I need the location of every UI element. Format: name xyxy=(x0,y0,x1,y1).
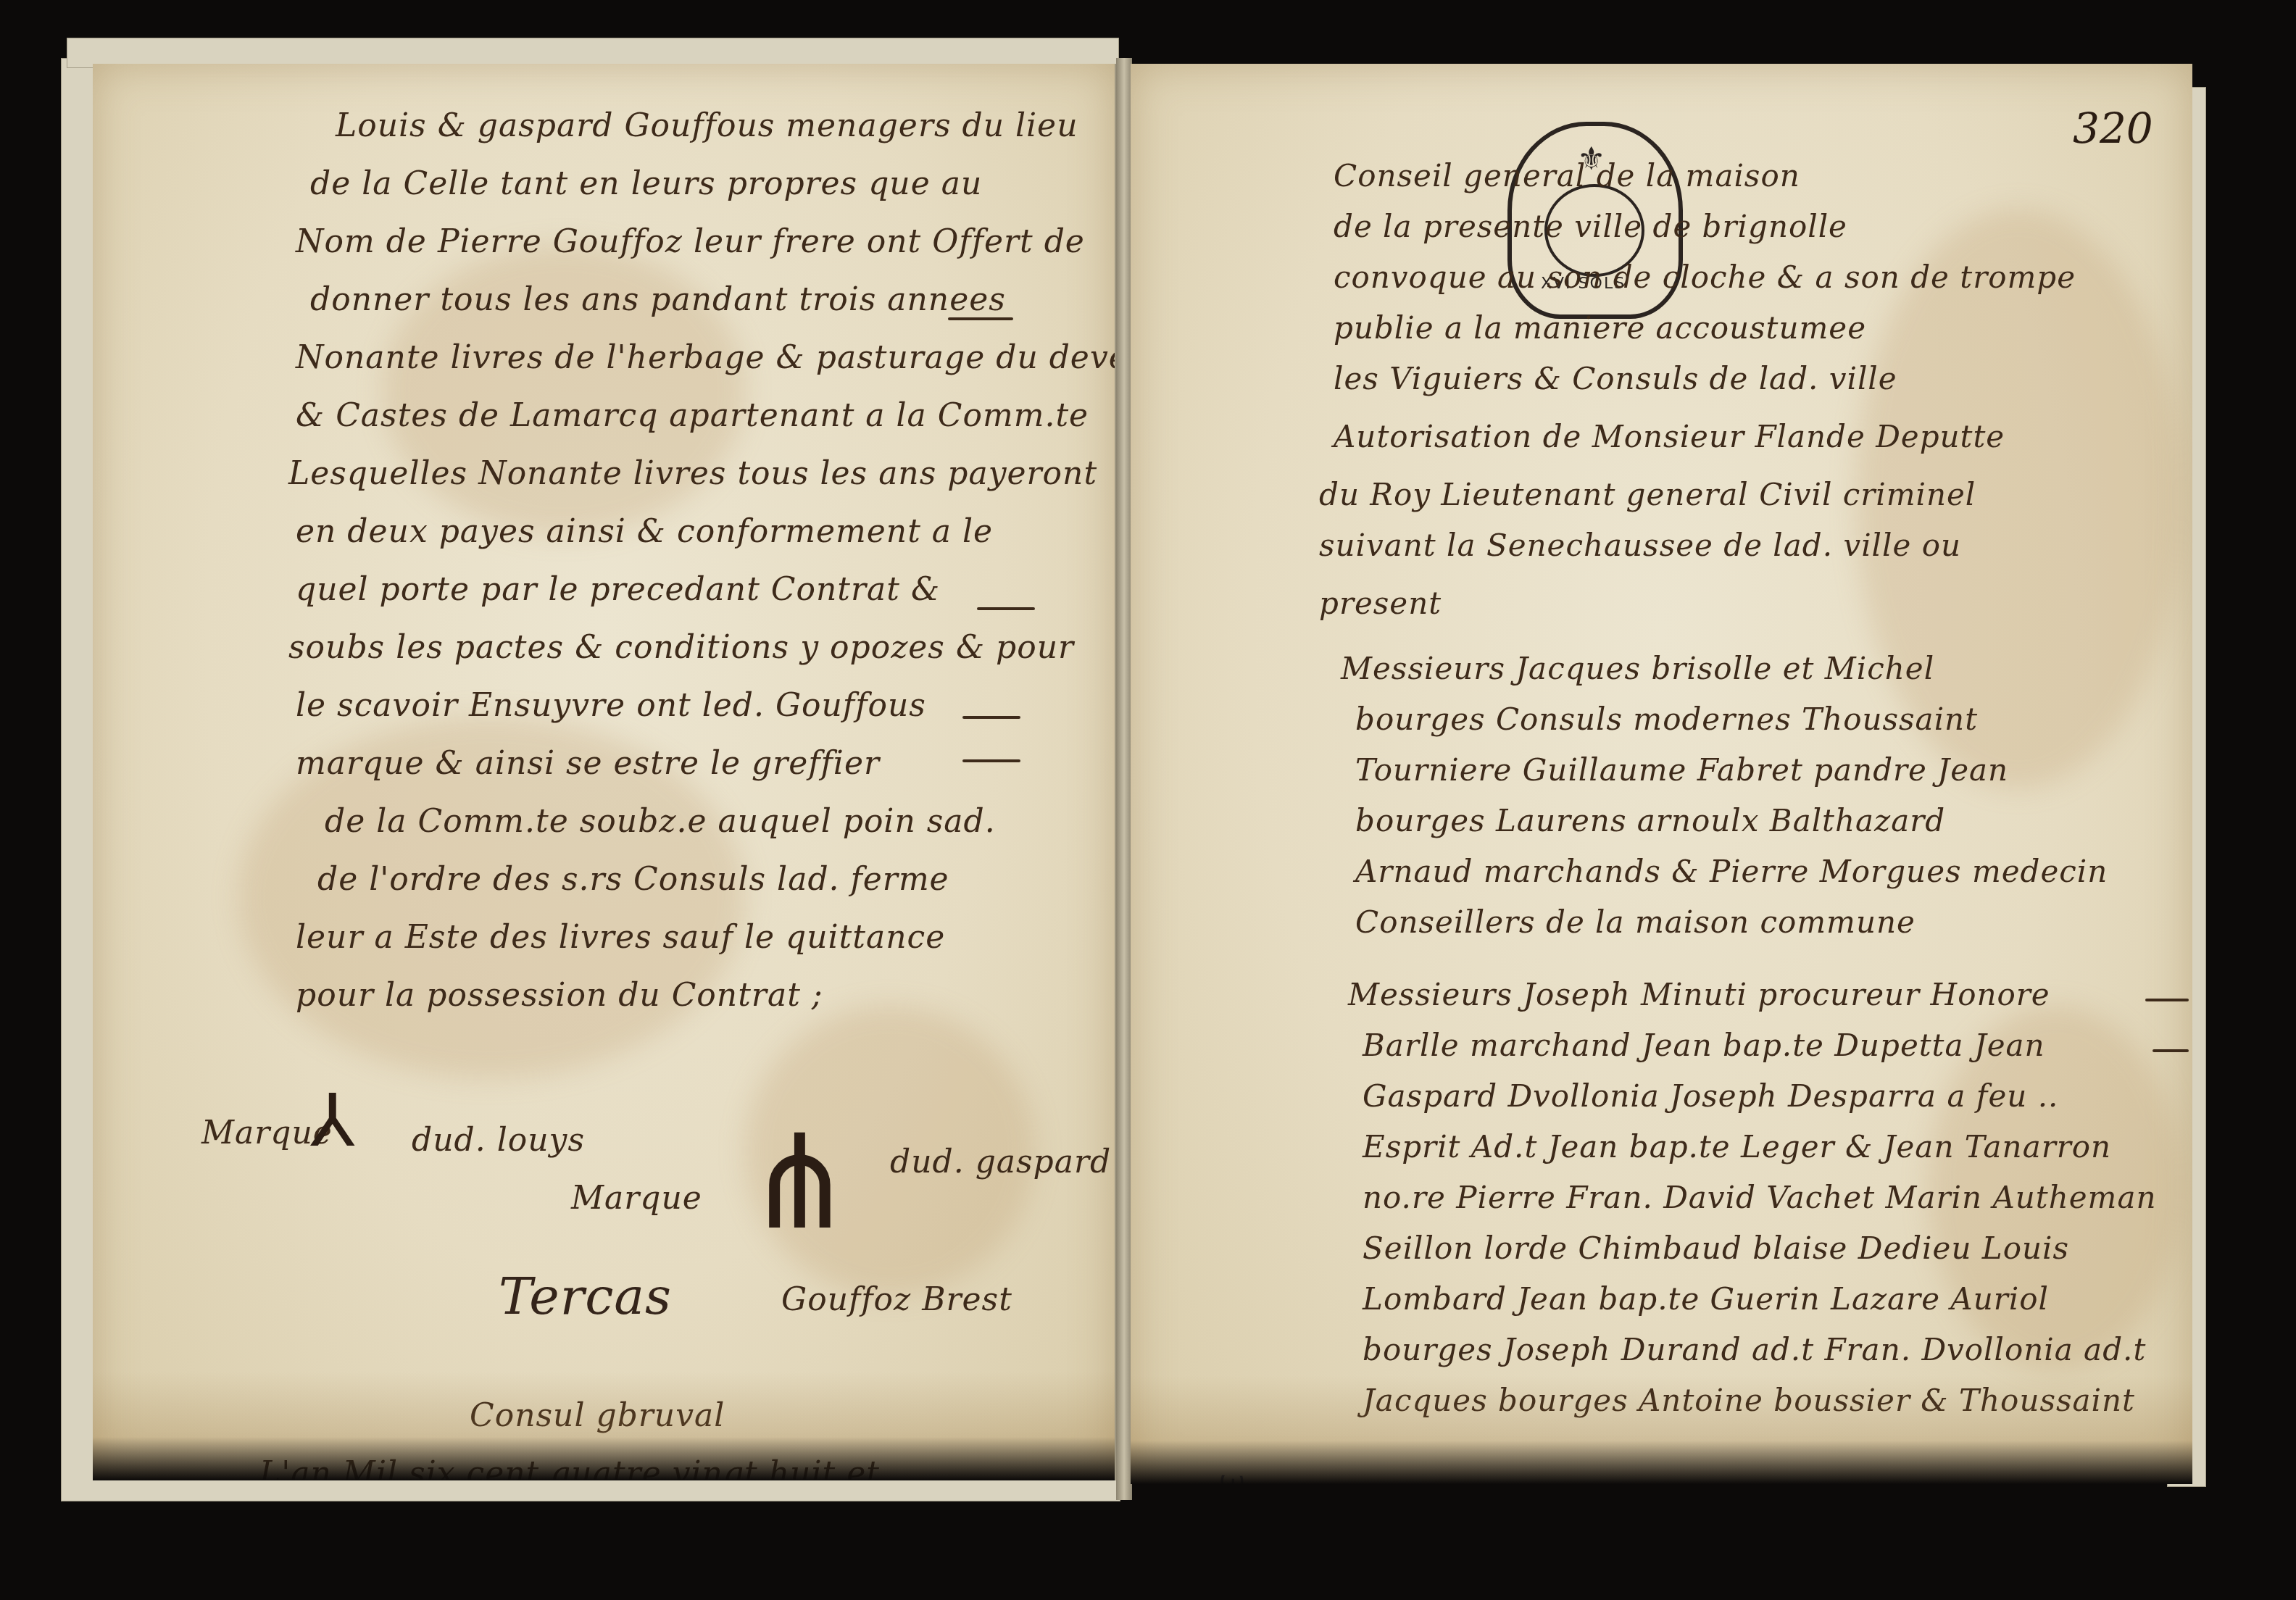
attendee-line: Lombard Jean bap.te Guerin Lazare Auriol xyxy=(1363,1281,2049,1317)
signature-gouffoz: Gouffoz Brest xyxy=(781,1281,1012,1318)
left-line-11: le scavoir Ensuyvre ont led. Gouffous xyxy=(296,687,926,724)
left-page: Louis & gaspard Gouffous menagers du lie… xyxy=(93,64,1116,1480)
right-line-4: publie a la maniere accoustumee xyxy=(1334,310,1866,346)
attendee-line: Gaspard Dvollonia Joseph Desparra a feu … xyxy=(1363,1078,2058,1114)
mark-symbol-icon: ⋔ xyxy=(745,1107,854,1259)
attendee-line: Messieurs Joseph Minuti procureur Honore xyxy=(1348,977,2050,1012)
right-line-6: Autorisation de Monsieur Flande Deputte xyxy=(1334,419,2005,454)
line-filler-dash xyxy=(948,317,1013,320)
attendee-line: Messieurs Jacques brisolle et Michel xyxy=(1341,651,1934,686)
left-line-13: de la Comm.te soubz.e auquel poin sad. xyxy=(325,803,996,840)
mark-2-name: dud. gaspard xyxy=(890,1143,1111,1180)
right-line-3: convoque au son de cloche & a son de tro… xyxy=(1334,259,2076,295)
attendee-line: Seillon lorde Chimbaud blaise Dedieu Lou… xyxy=(1363,1230,2069,1266)
mark-2-label: Marque xyxy=(571,1180,702,1217)
attendee-line: Barlle marchand Jean bap.te Dupetta Jean xyxy=(1363,1028,2045,1063)
left-line-9: quel porte par le precedant Contrat & xyxy=(296,571,940,608)
torn-bottom-edge xyxy=(93,1372,1115,1480)
right-page: 320 ⚜ XVI SOLS Conseil general de la mai… xyxy=(1131,64,2192,1484)
attendee-line: Conseillers de la maison commune xyxy=(1355,904,1916,940)
torn-bottom-edge xyxy=(1131,1375,2192,1484)
left-line-3: Nom de Pierre Gouffoz leur frere ont Off… xyxy=(296,223,1085,260)
left-line-8: en deux payes ainsi & conformement a le xyxy=(296,513,993,550)
left-line-16: pour la possession du Contrat ; xyxy=(296,977,823,1014)
left-line-14: de l'ordre des s.rs Consuls lad. ferme xyxy=(317,861,949,898)
right-line-5: les Viguiers & Consuls de lad. ville xyxy=(1334,361,1897,396)
signature-tercas: Tercas xyxy=(499,1267,672,1326)
line-filler-dash xyxy=(2145,999,2189,1001)
line-filler-dash xyxy=(977,607,1035,610)
left-line-5: Nonante livres de l'herbage & pasturage … xyxy=(296,339,1116,376)
mark-symbol-icon: ⅄ xyxy=(310,1078,354,1163)
attendee-line: no.re Pierre Fran. David Vachet Marin Au… xyxy=(1363,1180,2156,1215)
attendee-line: Esprit Ad.t Jean bap.te Leger & Jean Tan… xyxy=(1363,1129,2111,1164)
line-filler-dash xyxy=(962,716,1020,719)
right-line-9: present xyxy=(1319,586,1442,621)
left-line-12: marque & ainsi se estre le greffier xyxy=(296,745,880,782)
book-spine xyxy=(1116,58,1132,1500)
left-line-15: leur a Este des livres sauf le quittance xyxy=(296,919,945,956)
attendee-line: bourges Consuls modernes Thoussaint xyxy=(1355,701,1978,737)
attendee-line: bourges Joseph Durand ad.t Fran. Dvollon… xyxy=(1363,1332,2146,1367)
mark-1-name: dud. louys xyxy=(412,1122,585,1159)
left-line-7: Lesquelles Nonante livres tous les ans p… xyxy=(288,455,1097,492)
line-filler-dash xyxy=(2152,1049,2189,1052)
right-line-1: Conseil general de la maison xyxy=(1334,158,1800,193)
right-line-2: de la presente ville de brignolle xyxy=(1334,209,1847,244)
left-line-4: donner tous les ans pandant trois annees xyxy=(310,281,1006,318)
left-line-6: & Castes de Lamarcq apartenant a la Comm… xyxy=(296,397,1089,434)
line-filler-dash xyxy=(962,759,1020,762)
right-line-7: du Roy Lieutenant general Civil criminel xyxy=(1319,477,1976,512)
attendee-line: bourges Laurens arnoulx Balthazard xyxy=(1355,803,1945,838)
left-line-10: soubs les pactes & conditions y opozes &… xyxy=(288,629,1074,666)
attendee-line: Tourniere Guillaume Fabret pandre Jean xyxy=(1355,752,2008,788)
left-line-1: Louis & gaspard Gouffous menagers du lie… xyxy=(336,107,1078,144)
right-line-8: suivant la Senechaussee de lad. ville ou xyxy=(1319,528,1961,563)
attendee-line: Arnaud marchands & Pierre Morgues medeci… xyxy=(1355,854,2108,889)
left-line-2: de la Celle tant en leurs propres que au xyxy=(310,165,982,202)
folio-number: 320 xyxy=(2073,104,2153,153)
